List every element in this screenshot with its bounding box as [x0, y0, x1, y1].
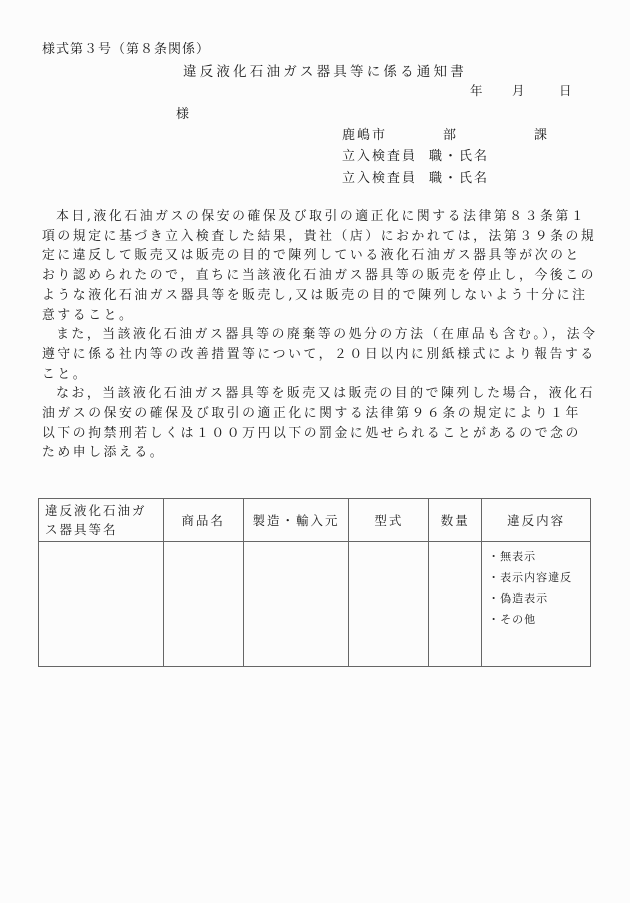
body-line: ような液化石油ガス器具等を販売し,又は販売の目的で陳列しないよう十分に注 — [42, 286, 572, 306]
inspector-role: 立入検査員 — [342, 171, 417, 186]
inspector-role: 立入検査員 — [342, 149, 417, 164]
cell-product-name[interactable] — [163, 542, 243, 667]
addressee-suffix: 様 — [176, 103, 189, 122]
header-violation: 違反内容 — [482, 499, 591, 542]
body-line: 以下の拘禁刑若しくは１００万円以下の罰金に処せられることがあるので念の — [42, 424, 572, 444]
date-year-label: 年 — [470, 81, 483, 99]
inspector-2: 立入検査員職・氏名 — [342, 167, 489, 186]
inspector-name-label: 職・氏名 — [429, 167, 489, 186]
cell-violation: ・無表示 ・表示内容違反 ・偽造表示 ・その他 — [482, 542, 591, 667]
header-manufacturer: 製造・輸入元 — [243, 499, 349, 542]
sender-city: 鹿嶋市 — [342, 124, 387, 143]
body-line: ため申し添える。 — [42, 443, 572, 463]
form-number: 様式第３号（第８条関係） — [42, 38, 210, 57]
header-model: 型式 — [349, 499, 429, 542]
header-device-name: 違反液化石油ガ ス器具等名 — [39, 499, 164, 542]
date-day-label: 日 — [559, 81, 572, 99]
inspector-1: 立入検査員職・氏名 — [342, 145, 489, 164]
body-line: 意すること。 — [42, 306, 572, 326]
date-month-label: 月 — [512, 81, 525, 99]
cell-quantity[interactable] — [429, 542, 482, 667]
notice-body: 本日,液化石油ガスの保安の確保及び取引の適正化に関する法律第８３条第１ 項の規定… — [42, 207, 572, 463]
sender-department: 部 — [443, 124, 458, 143]
sender-section: 課 — [534, 124, 549, 143]
violation-option-forged-label[interactable]: ・偽造表示 — [488, 588, 590, 609]
body-line: また，当該液化石油ガス器具等の廃棄等の処分の方法（在庫品も含む。），法令 — [42, 325, 572, 345]
body-line: 定に違反して販売又は販売の目的で陳列している液化石油ガス器具等が次のと — [42, 246, 572, 266]
document-title: 違反液化石油ガス器具等に係る通知書 — [183, 60, 467, 80]
table-header-row: 違反液化石油ガ ス器具等名 商品名 製造・輸入元 型式 数量 違反内容 — [39, 499, 591, 542]
body-line: おり認められたので，直ちに当該液化石油ガス器具等の販売を停止し，今後この — [42, 266, 572, 286]
violations-table: 違反液化石油ガ ス器具等名 商品名 製造・輸入元 型式 数量 違反内容 ・無表示… — [38, 498, 591, 667]
violation-option-no-label[interactable]: ・無表示 — [488, 546, 590, 567]
violation-option-other[interactable]: ・その他 — [488, 609, 590, 630]
inspector-name-label: 職・氏名 — [429, 145, 489, 164]
paragraph-1: 本日,液化石油ガスの保安の確保及び取引の適正化に関する法律第８３条第１ 項の規定… — [42, 207, 572, 325]
body-line: 遵守に係る社内等の改善措置等について，２０日以内に別紙様式により報告する — [42, 345, 572, 365]
body-line: なお，当該液化石油ガス器具等を販売又は販売の目的で陳列した場合，液化石 — [42, 384, 572, 404]
cell-manufacturer[interactable] — [243, 542, 349, 667]
body-line: 本日,液化石油ガスの保安の確保及び取引の適正化に関する法律第８３条第１ — [42, 207, 572, 227]
header-product-name: 商品名 — [163, 499, 243, 542]
header-quantity: 数量 — [429, 499, 482, 542]
violation-options: ・無表示 ・表示内容違反 ・偽造表示 ・その他 — [482, 542, 590, 630]
body-line: こと。 — [42, 365, 572, 385]
paragraph-2: また，当該液化石油ガス器具等の廃棄等の処分の方法（在庫品も含む。），法令 遵守に… — [42, 325, 572, 384]
cell-device-name[interactable] — [39, 542, 164, 667]
body-line: 油ガスの保安の確保及び取引の適正化に関する法律第９６条の規定により１年 — [42, 404, 572, 424]
paragraph-3: なお，当該液化石油ガス器具等を販売又は販売の目的で陳列した場合，液化石 油ガスの… — [42, 384, 572, 463]
cell-model[interactable] — [349, 542, 429, 667]
table-row: ・無表示 ・表示内容違反 ・偽造表示 ・その他 — [39, 542, 591, 667]
violation-option-label-content[interactable]: ・表示内容違反 — [488, 567, 590, 588]
body-line: 項の規定に基づき立入検査した結果，貴社（店）におかれては，法第３９条の規 — [42, 227, 572, 247]
